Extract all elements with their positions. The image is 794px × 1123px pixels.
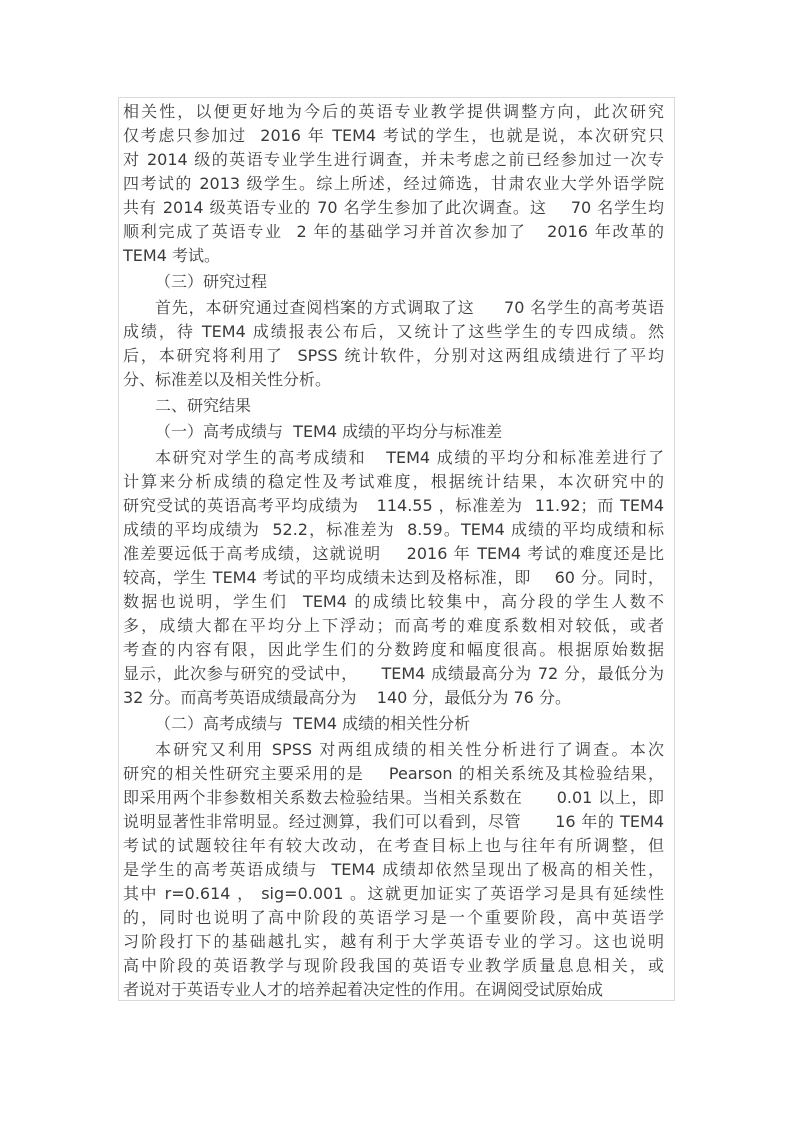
text-line: 显示，此次参与研究的受试中， TEM4 成绩最高分为 72 分，最低分为 xyxy=(123,662,664,686)
text-line: 仅考虑只参加过 2016 年 TEM4 考试的学生，也就是说，本次研究只 xyxy=(123,124,664,148)
text-line: 成绩的平均成绩为 52.2，标准差为 8.59。TEM4 成绩的平均成绩和标 xyxy=(123,518,664,542)
text-line: 本研究又利用 SPSS 对两组成绩的相关性分析进行了调查。本次 xyxy=(123,738,664,762)
text-line: （三）研究过程 xyxy=(123,270,664,294)
text-line: 的，同时也说明了高中阶段的英语学习是一个重要阶段，高中英语学 xyxy=(123,906,664,930)
text-line: 共有 2014 级英语专业的 70 名学生参加了此次调查。这 70 名学生均 xyxy=(123,196,664,220)
text-line: 考查的内容有限，因此学生们的分数跨度和幅度很高。根据原始数据 xyxy=(123,638,664,662)
document-body: 相关性，以便更好地为今后的英语专业教学提供调整方向，此次研究仅考虑只参加过 20… xyxy=(123,100,664,1002)
text-line: （一）高考成绩与 TEM4 成绩的平均分与标准差 xyxy=(123,420,664,444)
text-line: 四考试的 2013 级学生。综上所述，经过筛选，甘肃农业大学外语学院 xyxy=(123,172,664,196)
text-line: 准差要远低于高考成绩，这就说明 2016 年 TEM4 考试的难度还是比 xyxy=(123,542,664,566)
text-line: TEM4 考试。 xyxy=(123,244,664,268)
text-line: 32 分。而高考英语成绩最高分为 140 分，最低分为 76 分。 xyxy=(123,686,664,710)
text-line: 其中 r=0.614 ， sig=0.001 。这就更加证实了英语学习是具有延续… xyxy=(123,882,664,906)
text-line: 说明显著性非常明显。经过测算，我们可以看到，尽管 16 年的 TEM4 xyxy=(123,810,664,834)
paragraph: 二、研究结果 xyxy=(123,394,664,418)
text-line: 后，本研究将利用了 SPSS 统计软件，分别对这两组成绩进行了平均 xyxy=(123,344,664,368)
text-line: 考试的试题较往年有较大改动，在考查目标上也与往年有所调整，但 xyxy=(123,834,664,858)
paragraph: （三）研究过程 xyxy=(123,270,664,294)
text-line: 习阶段打下的基础越扎实，越有利于大学英语专业的学习。这也说明 xyxy=(123,930,664,954)
text-line: 顺利完成了英语专业 2 年的基础学习并首次参加了 2016 年改革的 xyxy=(123,220,664,244)
text-line: 者说对于英语专业人才的培养起着决定性的作用。在调阅受试原始成 xyxy=(123,978,664,1002)
text-line: 较高，学生 TEM4 考试的平均成绩未达到及格标准，即 60 分。同时， xyxy=(123,566,664,590)
text-line: （二）高考成绩与 TEM4 成绩的相关性分析 xyxy=(123,712,664,736)
paragraph: 相关性，以便更好地为今后的英语专业教学提供调整方向，此次研究仅考虑只参加过 20… xyxy=(123,100,664,268)
text-content-area: 相关性，以便更好地为今后的英语专业教学提供调整方向，此次研究仅考虑只参加过 20… xyxy=(118,97,675,1001)
text-line: 二、研究结果 xyxy=(123,394,664,418)
text-line: 相关性，以便更好地为今后的英语专业教学提供调整方向，此次研究 xyxy=(123,100,664,124)
text-line: 计算来分析成绩的稳定性及考试难度，根据统计结果，本次研究中的 xyxy=(123,470,664,494)
paragraph: 本研究对学生的高考成绩和 TEM4 成绩的平均分和标准差进行了计算来分析成绩的稳… xyxy=(123,446,664,710)
text-line: 成绩，待 TEM4 成绩报表公布后，又统计了这些学生的专四成绩。然 xyxy=(123,320,664,344)
text-line: 首先，本研究通过查阅档案的方式调取了这 70 名学生的高考英语 xyxy=(123,296,664,320)
text-line: 分、标准差以及相关性分析。 xyxy=(123,368,664,392)
text-line: 高中阶段的英语教学与现阶段我国的英语专业教学质量息息相关，或 xyxy=(123,954,664,978)
text-line: 研究受试的英语高考平均成绩为 114.55 ，标准差为 11.92；而 TEM4 xyxy=(123,494,664,518)
text-line: 研究的相关性研究主要采用的是 Pearson 的相关系统及其检验结果， xyxy=(123,762,664,786)
text-line: 是学生的高考英语成绩与 TEM4 成绩却依然呈现出了极高的相关性， xyxy=(123,858,664,882)
paragraph: 首先，本研究通过查阅档案的方式调取了这 70 名学生的高考英语成绩，待 TEM4… xyxy=(123,296,664,392)
paragraph: 本研究又利用 SPSS 对两组成绩的相关性分析进行了调查。本次研究的相关性研究主… xyxy=(123,738,664,1002)
text-line: 对 2014 级的英语专业学生进行调查，并未考虑之前已经参加过一次专 xyxy=(123,148,664,172)
text-line: 多，成绩大都在平均分上下浮动；而高考的难度系数相对较低，或者 xyxy=(123,614,664,638)
paragraph: （二）高考成绩与 TEM4 成绩的相关性分析 xyxy=(123,712,664,736)
text-line: 即采用两个非参数相关系数去检验结果。当相关系数在 0.01 以上，即 xyxy=(123,786,664,810)
text-line: 数据也说明，学生们 TEM4 的成绩比较集中，高分段的学生人数不 xyxy=(123,590,664,614)
text-line: 本研究对学生的高考成绩和 TEM4 成绩的平均分和标准差进行了 xyxy=(123,446,664,470)
paragraph: （一）高考成绩与 TEM4 成绩的平均分与标准差 xyxy=(123,420,664,444)
document-page: 相关性，以便更好地为今后的英语专业教学提供调整方向，此次研究仅考虑只参加过 20… xyxy=(0,0,794,1123)
